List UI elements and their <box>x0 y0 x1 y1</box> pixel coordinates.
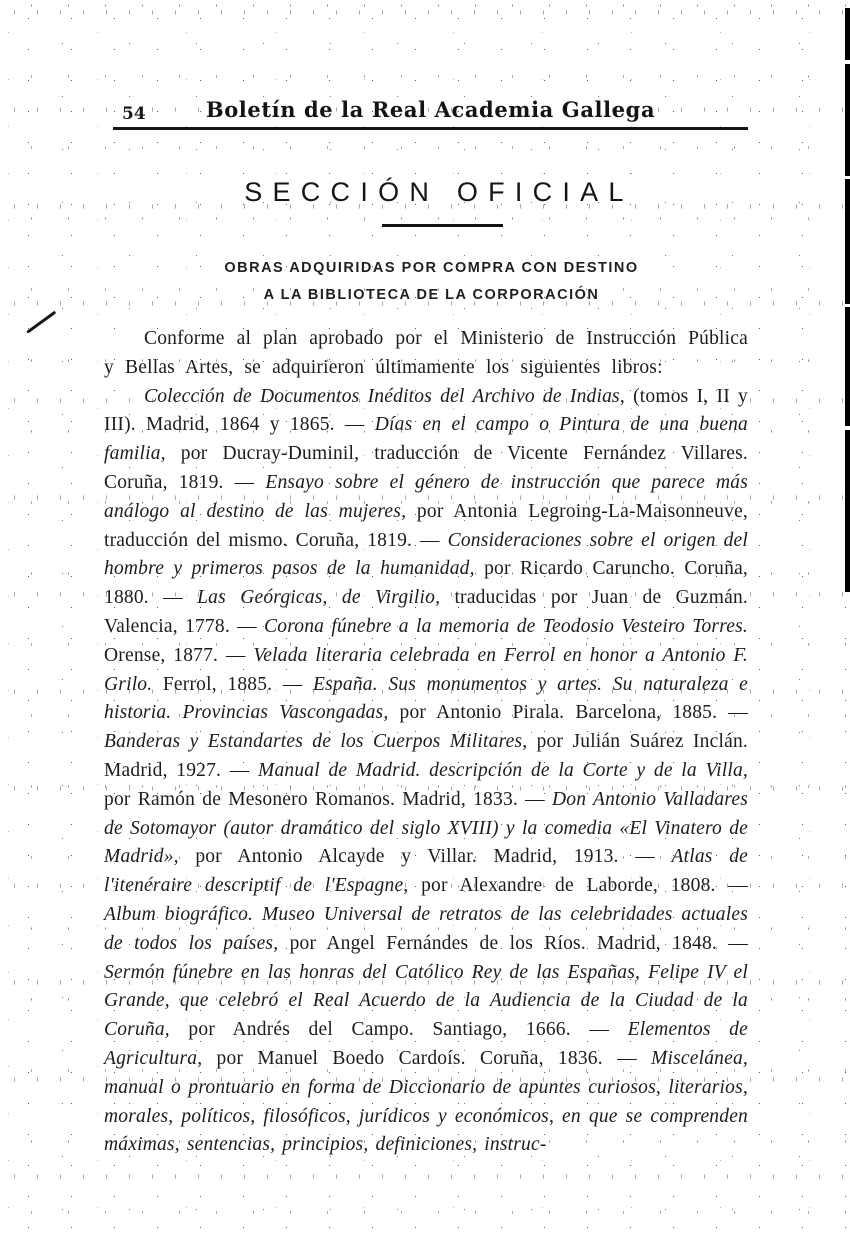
book-title-text: Manual de Madrid. descripción de la Cort… <box>258 760 748 781</box>
publication-info-text: por Manuel Boedo Cardoís. Coruña, 1836. … <box>202 1048 651 1069</box>
book-title-text: Las Geórgicas, de Virgilio, <box>197 587 440 608</box>
book-list-paragraph: Colección de Documentos Inéditos del Arc… <box>104 383 748 1161</box>
book-title-text: Banderas y Estandartes de los Cuerpos Mi… <box>104 731 527 752</box>
running-head: 54 Boletín de la Real Academia Gallega <box>113 97 748 130</box>
section-subtitle: OBRAS ADQUIRIDAS POR COMPRA CON DESTINO … <box>104 255 759 309</box>
journal-title: Boletín de la Real Academia Gallega <box>113 97 748 122</box>
header-rule <box>113 127 748 130</box>
page-number: 54 <box>122 104 146 124</box>
section-title-rule <box>382 224 503 227</box>
scan-edge-artifact <box>845 8 850 592</box>
section-title: SECCIÓN OFICIAL <box>104 177 774 208</box>
subtitle-line-2: A LA BIBLIOTECA DE LA CORPORACIÓN <box>104 282 759 309</box>
publication-info-text: Orense, 1877. — <box>104 645 253 666</box>
publication-info-text: por Ramón de Mesonero Romanos. Madrid, 1… <box>104 789 552 810</box>
scanned-page: 54 Boletín de la Real Academia Gallega S… <box>0 0 850 1248</box>
book-title-text: Colección de Documentos Inéditos del Arc… <box>144 386 625 407</box>
publication-info-text: por Angel Fernándes de los Ríos. Madrid,… <box>278 933 748 954</box>
publication-info-text: Ferrol, 1885. — <box>152 674 313 695</box>
intro-paragraph: Conforme al plan aprobado por el Ministe… <box>104 325 748 383</box>
publication-info-text: por Andrés del Campo. Santiago, 1666. — <box>170 1019 628 1040</box>
publication-info-text: por Antonio Pirala. Barcelona, 1885. — <box>388 702 748 723</box>
publication-info-text: por Alexandre de Laborde, 1808. — <box>408 875 748 896</box>
subtitle-line-1: OBRAS ADQUIRIDAS POR COMPRA CON DESTINO <box>104 255 759 282</box>
body-text: Conforme al plan aprobado por el Ministe… <box>104 325 748 1160</box>
publication-info-text: por Antonio Alcayde y Villar. Madrid, 19… <box>179 846 672 867</box>
book-title-text: Corona fúnebre a la memoria de Teodosio … <box>264 616 748 637</box>
pen-stroke-artifact <box>26 311 56 334</box>
